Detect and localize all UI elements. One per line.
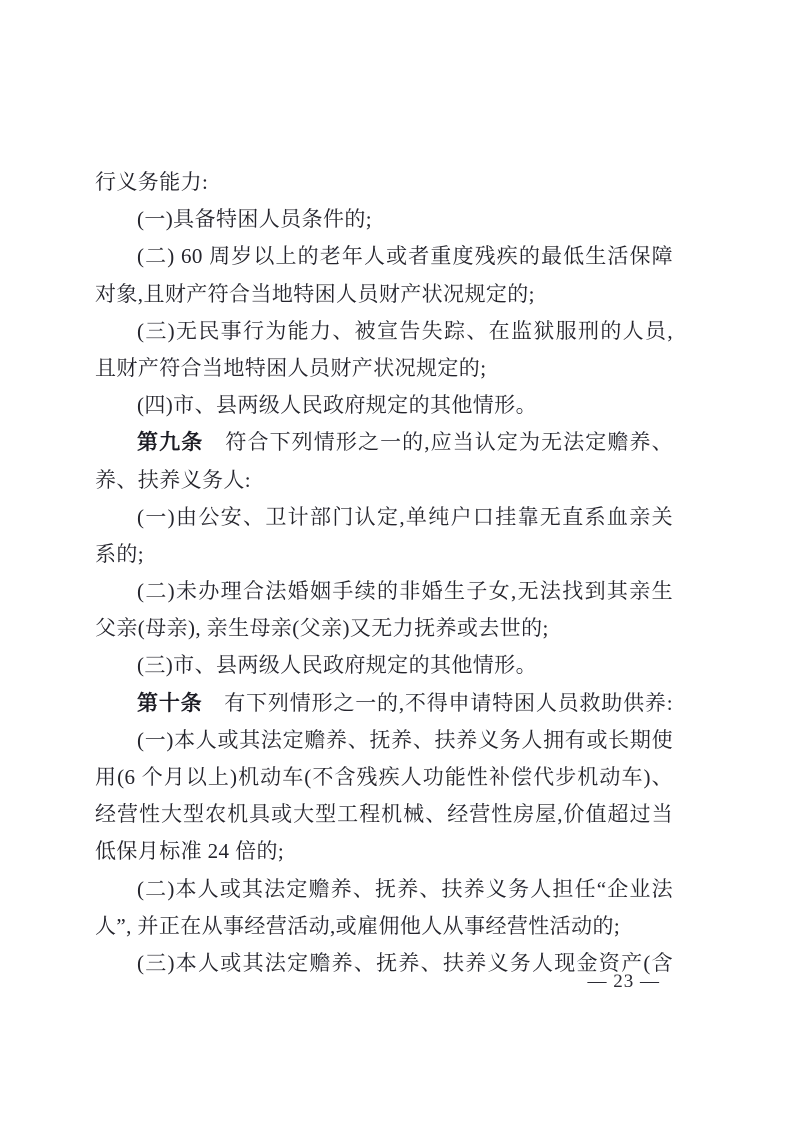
text-line: 人”, 并正在从事经营活动,或雇佣他人从事经营性活动的; — [95, 908, 673, 945]
text-line: 第九条 符合下列情形之一的,应当认定为无法定赡养、抚 — [95, 424, 673, 461]
text-line: 经营性大型农机具或大型工程机械、经营性房屋,价值超过当地 — [95, 796, 673, 833]
text-line: 且财产符合当地特困人员财产状况规定的; — [95, 350, 673, 387]
text-line: (四)市、县两级人民政府规定的其他情形。 — [95, 387, 673, 424]
text-line: 系的; — [95, 536, 673, 573]
article-number: 第九条 — [137, 430, 203, 454]
page-number: — 23 — — [588, 970, 661, 994]
text-line: 用(6 个月以上)机动车(不含残疾人功能性补偿代步机动车)、 — [95, 759, 673, 796]
article-number: 第十条 — [137, 691, 202, 715]
text-line: 对象,且财产符合当地特困人员财产状况规定的; — [95, 276, 673, 313]
text-line: (一)本人或其法定赡养、抚养、扶养义务人拥有或长期使 — [95, 722, 673, 759]
document-page: { "page": { "number": "— 23 —" }, "body"… — [0, 0, 793, 1122]
text-line: (三)本人或其法定赡养、抚养、扶养义务人现金资产(含 — [95, 945, 673, 982]
text-line: 第十条 有下列情形之一的,不得申请特困人员救助供养: — [95, 685, 673, 722]
text-line: 低保月标准 24 倍的; — [95, 833, 673, 870]
text-line: (二)本人或其法定赡养、抚养、扶养义务人担任“企业法 — [95, 871, 673, 908]
text-line: 父亲(母亲), 亲生母亲(父亲)又无力抚养或去世的; — [95, 610, 673, 647]
text-line: (三)市、县两级人民政府规定的其他情形。 — [95, 647, 673, 684]
text-line: (一)由公安、卫计部门认定,单纯户口挂靠无直系血亲关 — [95, 499, 673, 536]
text-line: (二)未办理合法婚姻手续的非婚生子女,无法找到其亲生 — [95, 573, 673, 610]
document-body: 行义务能力:(一)具备特困人员条件的;(二) 60 周岁以上的老年人或者重度残疾… — [95, 164, 673, 982]
text-line: (三)无民事行为能力、被宣告失踪、在监狱服刑的人员, — [95, 313, 673, 350]
text-line: (一)具备特困人员条件的; — [95, 201, 673, 238]
text-line: 行义务能力: — [95, 164, 673, 201]
text-line: 养、扶养义务人: — [95, 462, 673, 499]
text-line: (二) 60 周岁以上的老年人或者重度残疾的最低生活保障 — [95, 238, 673, 275]
